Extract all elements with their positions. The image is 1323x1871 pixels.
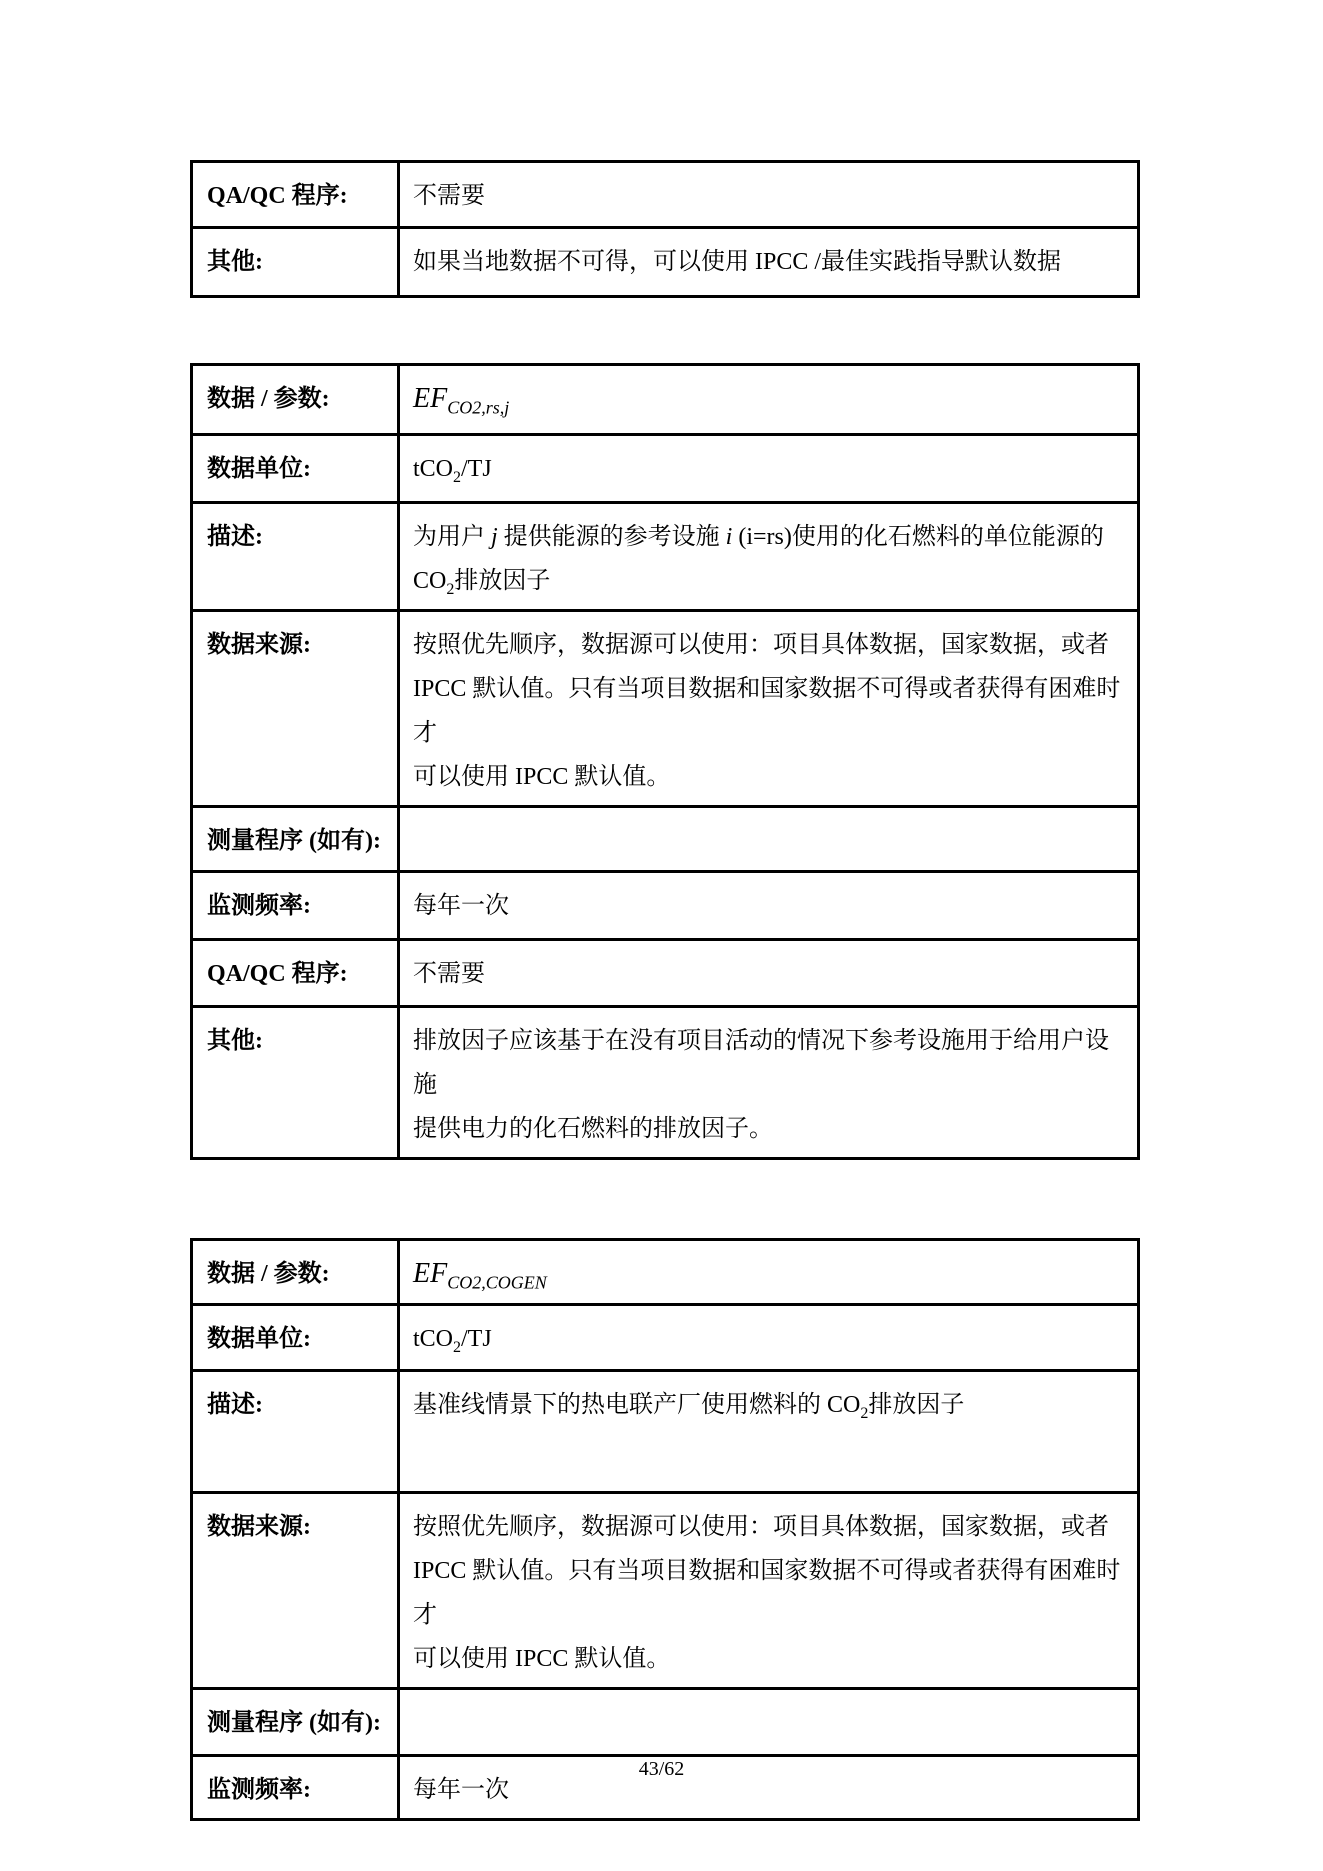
table-row: 数据单位: tCO2/TJ [192, 1305, 1139, 1371]
description-line: CO2排放因子 [413, 559, 1127, 603]
table-row: QA/QC 程序: 不需要 [192, 940, 1139, 1007]
row-label: QA/QC 程序: [192, 162, 399, 228]
row-label: 数据来源: [192, 611, 399, 807]
source-line: 可以使用 IPCC 默认值。 [413, 1637, 1127, 1681]
page-number: 43/62 [0, 1758, 1323, 1781]
row-value: 如果当地数据不可得，可以使用 IPCC /最佳实践指导默认数据 [399, 228, 1139, 297]
symbol-subscript: CO2,COGEN [447, 1273, 547, 1293]
source-line: IPCC 默认值。只有当项目数据和国家数据不可得或者获得有困难时才 [413, 1549, 1127, 1637]
unit-text: tCO [413, 456, 453, 482]
parameter-symbol: EFCO2,rs,j [413, 383, 509, 414]
row-value: EFCO2,rs,j [399, 365, 1139, 435]
row-value [399, 807, 1139, 872]
description-line: 为用户 j 提供能源的参考设施 i (i=rs)使用的化石燃料的单位能源的 [413, 515, 1127, 559]
table-row: QA/QC 程序: 不需要 [192, 162, 1139, 228]
parameter-table-ef-co2-cogen: 数据 / 参数: EFCO2,COGEN 数据单位: tCO2/TJ 描述: 基… [190, 1238, 1140, 1821]
row-value: 为用户 j 提供能源的参考设施 i (i=rs)使用的化石燃料的单位能源的 CO… [399, 503, 1139, 611]
table-row: 数据来源: 按照优先顺序，数据源可以使用：项目具体数据，国家数据，或者 IPCC… [192, 611, 1139, 807]
row-label: 数据来源: [192, 1493, 399, 1689]
table-row: 测量程序 (如有): [192, 807, 1139, 872]
table-row: 数据来源: 按照优先顺序，数据源可以使用：项目具体数据，国家数据，或者 IPCC… [192, 1493, 1139, 1689]
variable-j: j [491, 524, 498, 550]
table-row: 数据 / 参数: EFCO2,COGEN [192, 1240, 1139, 1305]
table-row: 描述: 基准线情景下的热电联产厂使用燃料的 CO2排放因子 [192, 1371, 1139, 1493]
source-line: IPCC 默认值。只有当项目数据和国家数据不可得或者获得有困难时才 [413, 667, 1127, 755]
parameter-table-ef-co2-rs-j: 数据 / 参数: EFCO2,rs,j 数据单位: tCO2/TJ 描述: 为用… [190, 363, 1140, 1160]
source-line: 按照优先顺序，数据源可以使用：项目具体数据，国家数据，或者 [413, 623, 1127, 667]
description-line: 基准线情景下的热电联产厂使用燃料的 CO2排放因子 [413, 1383, 1127, 1427]
row-label: 数据 / 参数: [192, 365, 399, 435]
table-row: 测量程序 (如有): [192, 1689, 1139, 1756]
table-row: 其他: 如果当地数据不可得，可以使用 IPCC /最佳实践指导默认数据 [192, 228, 1139, 297]
row-value [399, 1689, 1139, 1756]
unit-text: /TJ [461, 456, 492, 482]
row-label: 其他: [192, 228, 399, 297]
row-value: 不需要 [399, 162, 1139, 228]
source-line: 可以使用 IPCC 默认值。 [413, 755, 1127, 799]
table-row: 数据单位: tCO2/TJ [192, 435, 1139, 503]
row-label: 描述: [192, 1371, 399, 1493]
unit-text: /TJ [461, 1326, 492, 1352]
row-value: tCO2/TJ [399, 435, 1139, 503]
parameter-symbol: EFCO2,COGEN [413, 1258, 547, 1289]
unit-text: tCO [413, 1326, 453, 1352]
row-label: 测量程序 (如有): [192, 1689, 399, 1756]
table-row: 描述: 为用户 j 提供能源的参考设施 i (i=rs)使用的化石燃料的单位能源… [192, 503, 1139, 611]
row-value: 按照优先顺序，数据源可以使用：项目具体数据，国家数据，或者 IPCC 默认值。只… [399, 1493, 1139, 1689]
other-line: 提供电力的化石燃料的排放因子。 [413, 1107, 1127, 1151]
row-value: 每年一次 [399, 872, 1139, 940]
qa-qc-other-table: QA/QC 程序: 不需要 其他: 如果当地数据不可得，可以使用 IPCC /最… [190, 160, 1140, 298]
row-value: 按照优先顺序，数据源可以使用：项目具体数据，国家数据，或者 IPCC 默认值。只… [399, 611, 1139, 807]
row-label: 测量程序 (如有): [192, 807, 399, 872]
row-value: 不需要 [399, 940, 1139, 1007]
row-label: 数据单位: [192, 435, 399, 503]
other-line: 排放因子应该基于在没有项目活动的情况下参考设施用于给用户设施 [413, 1019, 1127, 1107]
row-value: 排放因子应该基于在没有项目活动的情况下参考设施用于给用户设施 提供电力的化石燃料… [399, 1007, 1139, 1159]
table-row: 其他: 排放因子应该基于在没有项目活动的情况下参考设施用于给用户设施 提供电力的… [192, 1007, 1139, 1159]
row-value: tCO2/TJ [399, 1305, 1139, 1371]
row-label: 数据单位: [192, 1305, 399, 1371]
row-label: 监测频率: [192, 872, 399, 940]
row-label: QA/QC 程序: [192, 940, 399, 1007]
row-label: 描述: [192, 503, 399, 611]
row-value: EFCO2,COGEN [399, 1240, 1139, 1305]
row-value: 基准线情景下的热电联产厂使用燃料的 CO2排放因子 [399, 1371, 1139, 1493]
symbol-base: EF [413, 383, 447, 414]
source-line: 按照优先顺序，数据源可以使用：项目具体数据，国家数据，或者 [413, 1505, 1127, 1549]
symbol-subscript: CO2,rs,j [447, 398, 509, 418]
row-label: 数据 / 参数: [192, 1240, 399, 1305]
unit-subscript: 2 [453, 469, 461, 486]
table-row: 数据 / 参数: EFCO2,rs,j [192, 365, 1139, 435]
row-label: 其他: [192, 1007, 399, 1159]
symbol-base: EF [413, 1258, 447, 1289]
table-row: 监测频率: 每年一次 [192, 872, 1139, 940]
unit-subscript: 2 [453, 1339, 461, 1356]
